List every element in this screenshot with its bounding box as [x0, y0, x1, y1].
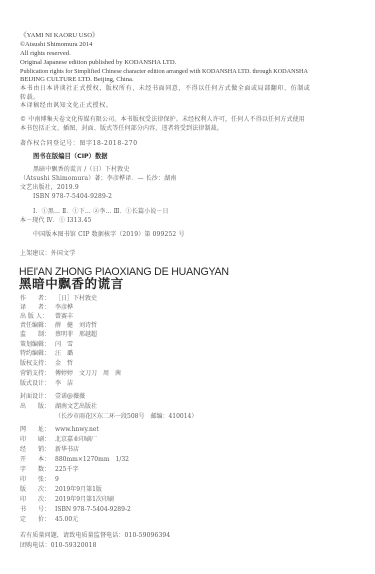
cip-entry-2: （Atsushi Shimomura）著；李彦桦译．— 长沙：湖南 — [20, 174, 176, 183]
book-title: 黑暗中飘香的谎言 — [19, 277, 124, 291]
quality-hotline: 若有质量问题，请致电质量监督电话：010-59096394 — [20, 531, 170, 540]
credit-sheets: 印 张：9 — [20, 475, 59, 484]
original-title: 《YAMI NI KAORU USO》 — [20, 31, 99, 40]
credit-copyright-support: 版权支持：金 哲 — [20, 359, 73, 368]
cip-classification-2: 本－现代 Ⅳ．① I313.45 — [20, 216, 92, 225]
credit-price: 定 价：45.00元 — [20, 515, 78, 524]
contract-registration: 著作权合同登记号：图字18-2018-270 — [20, 139, 138, 148]
credit-isbn: 书 号：ISBN 978-7-5404-9289-2 — [20, 505, 131, 514]
copyright-page: 《YAMI NI KAORU USO》 ©Atsushi Shimomura 2… — [0, 0, 375, 574]
credit-responsible-editor: 责任编辑：薛 健 刘诗哲 — [20, 321, 97, 330]
credit-publisher-person: 出 版 人：曾赛丰 — [20, 312, 73, 321]
zh-authorization-notice-1: 本书由日本讲谈社正式授权，版权所有，未经书面同意，不得以任何方式做全面或局部翻印… — [20, 84, 310, 93]
publication-rights-line-2: BEIJING CULTURE LTD. Beijing, China. — [20, 75, 134, 84]
credit-planning-editor: 策划编辑：闫 雪 — [20, 340, 73, 349]
publisher-copyright-notice-2: 本书包括正文、插图、封面、版式等任何部分内容，违者将受到法律制裁。 — [20, 124, 223, 133]
cip-heading: 图书在版编目（CIP）数据 — [33, 152, 108, 161]
publisher-copyright-notice-1: © 中南博集天卷文化传媒有限公司。本书版权受法律保护。未经权利人许可，任何人不得… — [20, 115, 305, 124]
cip-entry-3: 文艺出版社，2019.9 — [20, 183, 79, 192]
author-copyright: ©Atsushi Shimomura 2014 — [20, 40, 92, 49]
cip-classification-1: Ⅰ．①黑… Ⅱ．①下… ②李… Ⅲ．①长篇小说－日 — [33, 207, 169, 216]
credit-marketing-support: 营销支持：傅婷婷 文刀刀 周 茜 — [20, 369, 121, 378]
credit-publisher-address: （长沙市雨花区东二环一段508号 邮编：410014） — [20, 412, 197, 421]
cip-entry-1: 黑暗中飘香的谎言 /（日）下村敦史 — [33, 165, 129, 174]
credit-author: 作 者：［日］下村敦史 — [20, 294, 97, 303]
credit-translator: 译 者：李彦桦 — [20, 303, 73, 312]
credit-cover-design: 封面设计：壹诺@薇薇 — [20, 392, 85, 401]
credit-word-count: 字 数：225千字 — [20, 465, 78, 474]
credit-edition: 版 次：2019年9月第1版 — [20, 485, 102, 494]
credit-publishing-house: 出 版：湖南文艺出版社 — [20, 402, 97, 411]
credit-supervisor: 监 制：蔡明菲 邢越超 — [20, 330, 97, 339]
shelf-suggestion: 上架建议：外国文学 — [20, 249, 75, 258]
cip-number: 中国版本图书馆 CIP 数据核字（2019）第 099252 号 — [33, 230, 185, 239]
credit-layout-design: 版式设计：李 洁 — [20, 379, 73, 388]
cip-isbn: ISBN 978-7-5404-9289-2 — [33, 192, 112, 201]
credit-format: 开 本：880mm×1270mm 1/32 — [20, 455, 129, 464]
credit-contract-editor: 特约编辑：汪 璐 — [20, 349, 73, 358]
credit-website: 网 址：www.hnwy.net — [20, 425, 99, 434]
rights-reserved: All rights reserved. — [20, 49, 71, 58]
credit-printer: 印 刷：北京嘉业印刷厂 — [20, 435, 97, 444]
group-purchase-phone: 团购电话：010-59320018 — [20, 541, 97, 550]
credit-printing: 印 次：2019年9月第1次印刷 — [20, 495, 114, 504]
credit-distributor: 经 销：新华书店 — [20, 445, 79, 454]
zh-translation-notice: 本译稿经由讽知文化正式授权。 — [20, 101, 112, 110]
original-edition: Original Japanese edition published by K… — [20, 58, 176, 67]
